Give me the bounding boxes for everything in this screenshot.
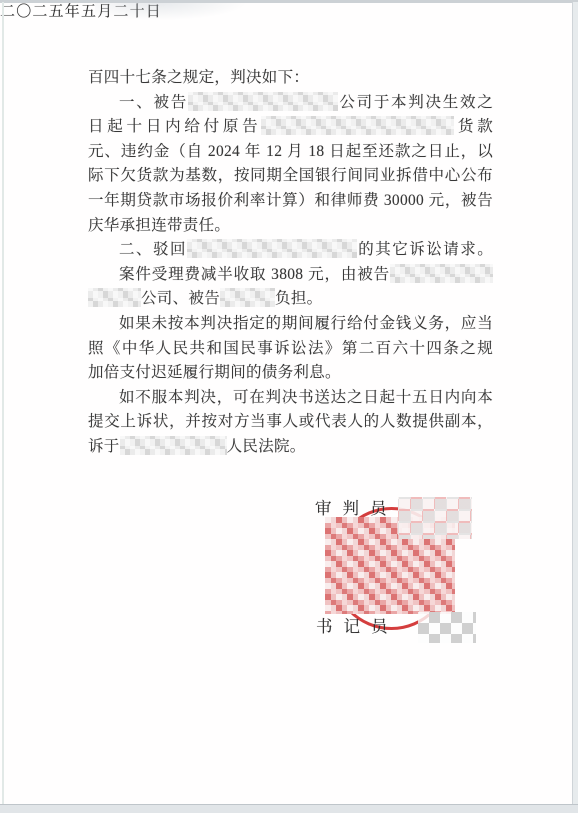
- text-line: 日起十日内给付原告货款 374168.4: [88, 115, 493, 140]
- text-segment: 人民法院。: [227, 438, 306, 455]
- text-segment: 元、违约金（自 2024 年 12 月 18 日起至还款之日止，以实: [88, 143, 493, 165]
- text-line: 一、被告公司于本判决生效之: [88, 91, 493, 116]
- text-line: 百四十七条之规定，判决如下：: [88, 66, 493, 91]
- text-line: 二、驳回的其它诉讼请求。: [88, 238, 493, 263]
- judgment-date: 二〇二五年五月二十日: [0, 0, 578, 21]
- text-line: 案件受理费减半收取 3808 元，由被告: [88, 263, 493, 288]
- text-segment: 负担。: [275, 290, 322, 307]
- text-segment: 一、被告: [119, 94, 188, 111]
- text-segment: 如不服本判决，可在判决书送达之日起十五日内向本院: [88, 389, 493, 411]
- clerk-name-redaction: [418, 612, 476, 643]
- text-segment: 公司、被告: [141, 290, 220, 307]
- text-segment: 加倍支付迟延履行期间的债务利息。: [88, 364, 341, 381]
- judge-label: 审判员: [315, 499, 398, 518]
- redaction-block: [187, 239, 357, 258]
- text-segment: 日起十日内给付原告: [88, 118, 261, 135]
- scan-smudge: [95, 0, 255, 22]
- text-line: 提交上诉状，并按对方当事人或代表人的人数提供副本，上: [88, 410, 493, 435]
- paper-edge-left: [2, 2, 4, 804]
- text-segment: 的其它诉讼请求。: [357, 241, 493, 258]
- paper-edge-bottom: [0, 804, 578, 813]
- text-line: 加倍支付迟延履行期间的债务利息。: [88, 361, 493, 386]
- text-segment: 际下欠货款为基数，按同期全国银行间同业拆借中心公布的: [88, 167, 493, 189]
- redaction-block: [120, 436, 227, 455]
- text-line: 照《中华人民共和国民事诉讼法》第二百六十四条之规定，: [88, 337, 493, 362]
- document-lines: 百四十七条之规定，判决如下：一、被告公司于本判决生效之日起十日内给付原告货款 3…: [88, 66, 493, 460]
- text-segment: 案件受理费减半收取 3808 元，由被告: [119, 266, 390, 283]
- text-line: 庆华承担连带责任。: [88, 214, 493, 239]
- text-line: 一年期贷款市场报价利率计算）和律师费 30000 元，被告朱: [88, 189, 493, 214]
- text-segment: 诉于: [88, 438, 120, 455]
- text-segment: 提交上诉状，并按对方当事人或代表人的人数提供副本，上: [88, 413, 493, 435]
- text-segment: 庆华承担连带责任。: [88, 217, 230, 234]
- scanned-judgment-page: 百四十七条之规定，判决如下：一、被告公司于本判决生效之日起十日内给付原告货款 3…: [0, 0, 578, 813]
- text-line: 如果未按本判决指定的期间履行给付金钱义务，应当按: [88, 312, 493, 337]
- text-segment: 公司于本判决生效之: [338, 94, 493, 111]
- text-segment: 照《中华人民共和国民事诉讼法》第二百六十四条之规定，: [88, 340, 493, 362]
- clerk-label: 书记员: [316, 617, 399, 636]
- text-segment: 如果未按本判决指定的期间履行给付金钱义务，应当按: [88, 315, 493, 337]
- text-line: 际下欠货款为基数，按同期全国银行间同业拆借中心公布的: [88, 164, 493, 189]
- text-line: 元、违约金（自 2024 年 12 月 18 日起至还款之日止，以实: [88, 140, 493, 165]
- paper-edge-right: [572, 2, 578, 804]
- paper-edge-top: [0, 0, 578, 3]
- redaction-block: [261, 116, 454, 135]
- text-segment: 二、驳回: [119, 241, 187, 258]
- clerk-signature-row: 书记员: [316, 613, 399, 637]
- redaction-block: [220, 288, 275, 307]
- redaction-block: [390, 264, 493, 283]
- text-segment: 一年期贷款市场报价利率计算）和律师费 30000 元，被告朱: [88, 192, 493, 214]
- judge-name-redaction: [398, 497, 472, 539]
- text-line: 诉于人民法院。: [88, 435, 493, 460]
- text-segment: 百四十七条之规定，判决如下：: [88, 69, 309, 86]
- redaction-block: [188, 92, 338, 111]
- judge-signature-row: 审判员: [315, 495, 398, 519]
- redaction-block: [88, 288, 141, 307]
- text-line: 如不服本判决，可在判决书送达之日起十五日内向本院: [88, 386, 493, 411]
- text-line: 公司、被告负担。: [88, 287, 493, 312]
